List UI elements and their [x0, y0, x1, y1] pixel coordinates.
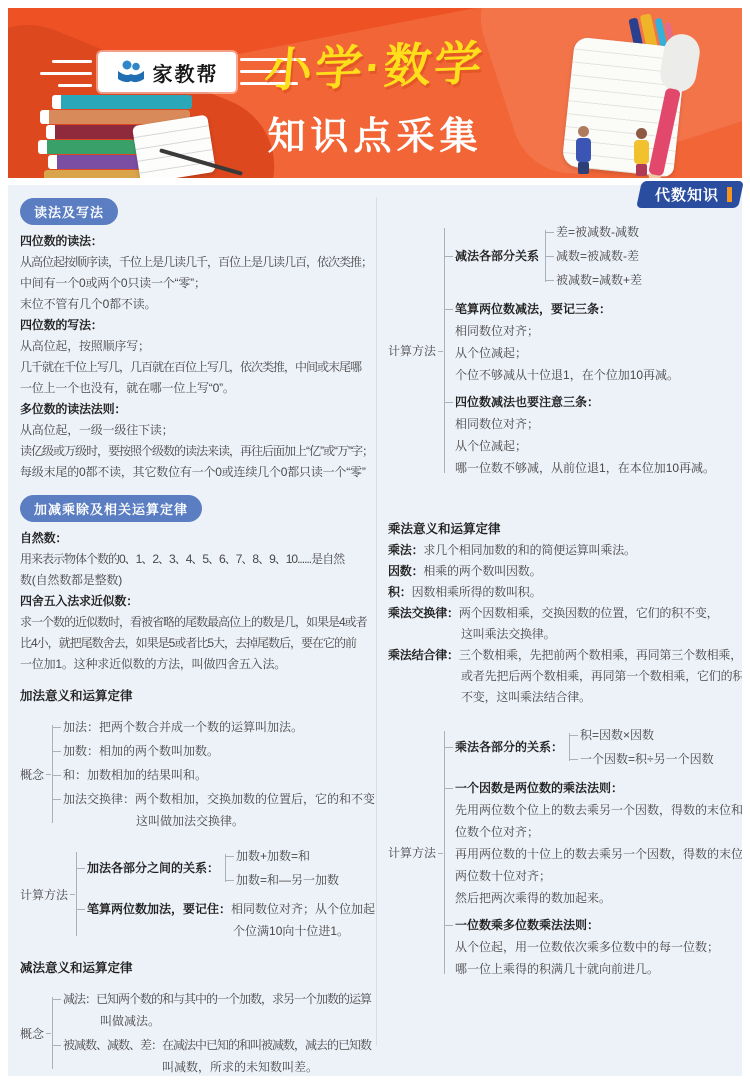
text-line: 从高位起，一级一级往下读；: [20, 420, 376, 441]
header-banner: 家教帮 小学·数学 知识点采集: [8, 8, 742, 178]
concept-tree-subtraction: 概念 减法：已知两个数的和与其中的一个加数，求另一个加数的运算 叫做减法。 被减…: [20, 986, 376, 1076]
reading-people-book-icon: [116, 59, 146, 85]
heading: 多位数的读法法则：: [20, 399, 376, 420]
text-line: 比4小，就把尾数舍去，如果是5或者比5大，去掉尾数后，要在它的前: [20, 633, 376, 654]
brand-name: 家教帮: [153, 58, 219, 87]
tree-label: 概念: [20, 766, 52, 783]
poster-title-secondary: 知识点采集: [266, 105, 485, 160]
student-figure: [574, 126, 592, 174]
poster-page: 家教帮 小学·数学 知识点采集: [0, 0, 750, 1086]
poster-title-block: 小学·数学 知识点采集: [266, 30, 485, 160]
book: [52, 95, 192, 109]
method-tree-multiplication: 计算方法 乘法各部分的关系： 积=因数×因数 一个因数=积÷另一个因数 一个因数…: [388, 720, 742, 985]
concept-tree-addition: 概念 加法：把两个数合并成一个数的运算叫加法。 加数：相加的两个数叫加数。 和：…: [20, 714, 376, 834]
tree-label: 计算方法: [388, 342, 444, 359]
text-line: 中间有一个0或两个0只读一个“零”；: [20, 273, 376, 294]
section-badge-operations: 加减乘除及相关运算定律: [20, 495, 202, 522]
tree-item: 被减数、减数、差：在减法中已知的和叫被减数，减去的已知数 叫减数，所求的未知数叫…: [63, 1034, 371, 1076]
definition-line: 因数：相乘的两个数叫因数。: [388, 561, 742, 582]
definition-continuation: 这叫乘法交换律。: [388, 624, 742, 645]
tree-item: 一个因数=积÷另一个因数: [580, 748, 714, 770]
definition-continuation: 不变，这叫乘法结合律。: [388, 687, 742, 708]
tree-label: 计算方法: [388, 844, 444, 861]
tree-item: 和：加数相加的结果叫和。: [63, 764, 376, 786]
heading: 四舍五入法求近似数：: [20, 591, 376, 612]
tree-label: 概念: [20, 1025, 52, 1042]
tree-item: 乘法各部分的关系： 积=因数×因数 一个因数=积÷另一个因数: [455, 722, 742, 772]
tree-item: 笔算两位数减法，要记三条： 相同数位对齐； 从个位减起； 个位不够减从十位退1，…: [455, 298, 715, 386]
right-column: 计算方法 减法各部分关系 差=被减数-减数 减数=被减数-差 被减数=减数+差 …: [376, 198, 742, 1076]
definition-line: 乘法：求几个相同加数的和的简便运算叫乘法。: [388, 540, 742, 561]
tree-item: 减数=被减数-差: [556, 245, 642, 267]
tree-item: 一个因数是两位数的乘法法则： 先用两位数个位上的数去乘另一个因数，得数的末位和两…: [455, 777, 742, 909]
speed-line: [58, 84, 92, 87]
speed-line: [40, 72, 92, 75]
tree-item: 加数：相加的两个数叫加数。: [63, 740, 376, 762]
text-line: 从高位起，按照顺序写；: [20, 336, 376, 357]
student-figure: [632, 128, 650, 176]
text-line: 读亿级或万级时，要按照个级数的读法来读，再往后面加上“亿”或“万”字；: [20, 441, 376, 462]
algebra-badge-accent: [727, 187, 732, 202]
tree-item: 减法各部分关系 差=被减数-减数 减数=被减数-差 被减数=减数+差: [455, 219, 715, 293]
definition-line: 积：因数相乘所得的数叫积。: [388, 582, 742, 603]
tree-item: 加法交换律：两个数相加，交换加数的位置后，它的和不变， 这叫做加法交换律。: [63, 788, 376, 832]
text-line: 求一个数的近似数时，看被省略的尾数最高位上的数是几，如果是4或者: [20, 612, 376, 633]
definition-line: 乘法交换律：两个因数相乘，交换因数的位置，它们的积不变，: [388, 603, 742, 624]
definition-continuation: 或者先把后两个数相乘，再同第一个数相乘，它们的积: [388, 666, 742, 687]
method-tree-addition: 计算方法 加法各部分之间的关系： 加数+加数=和 加数=和—另一加数 笔算两位数…: [20, 841, 376, 947]
content-area: 读法及写法 四位数的读法： 从高位起按顺序读，千位上是几读几千，百位上是几读几百…: [8, 185, 742, 1076]
heading: 四位数的写法：: [20, 315, 376, 336]
tree-item: 加数+加数=和: [236, 845, 339, 867]
text-line: 从高位起按顺序读，千位上是几读几千，百位上是几读几百，依次类推；: [20, 252, 376, 273]
algebra-badge: 代数知识: [636, 181, 744, 208]
text-line: 数(自然数都是整数): [20, 570, 376, 591]
poster-title-primary: 小学·数学: [262, 26, 487, 101]
subsection-heading-subtraction: 减法意义和运算定律: [20, 957, 376, 979]
algebra-badge-label: 代数知识: [655, 184, 719, 205]
column-divider: [376, 197, 377, 1046]
tree-item: 差=被减数-减数: [556, 221, 642, 243]
tree-item: 减法：已知两个数的和与其中的一个加数，求另一个加数的运算 叫做减法。: [63, 988, 371, 1032]
text-line: 每级末尾的0都不读，其它数位有一个0或连续几个0都只读一个“零”: [20, 462, 376, 483]
note-paper-illustration: [132, 114, 216, 178]
method-tree-subtraction: 计算方法 减法各部分关系 差=被减数-减数 减数=被减数-差 被减数=减数+差 …: [388, 217, 742, 484]
text-line: 一位加1。这种求近似数的方法，叫做四舍五入法。: [20, 654, 376, 675]
tree-item: 一位数乘多位数乘法法则： 从个位起，用一位数依次乘多位数中的每一位数； 哪一位上…: [455, 914, 742, 980]
tree-item: 加数=和—另一加数: [236, 869, 339, 891]
subsection-heading-multiplication: 乘法意义和运算定律: [388, 518, 742, 540]
text-line: 一位上一个也没有，就在哪一位上写“0”。: [20, 378, 376, 399]
heading: 四位数的读法：: [20, 231, 376, 252]
paper-scroll-illustration: [540, 22, 720, 178]
definition-line: 乘法结合律：三个数相乘，先把前两个数相乘，再同第三个数相乘，: [388, 645, 742, 666]
tree-item: 笔算两位数加法，要记住：相同数位对齐；从个位加起； 个位满10向十位进1。: [87, 898, 376, 942]
left-column: 读法及写法 四位数的读法： 从高位起按顺序读，千位上是几读几千，百位上是几读几百…: [8, 198, 376, 1076]
tree-item: 加法：把两个数合并成一个数的运算叫加法。: [63, 716, 376, 738]
text-line: 用来表示物体个数的0、1、2、3、4、5、6、7、8、9、10......是自然: [20, 549, 376, 570]
text-line: 几千就在千位上写几，几百就在百位上写几，依次类推，中间或末尾哪: [20, 357, 376, 378]
speed-line: [52, 60, 92, 63]
section-badge-reading-writing: 读法及写法: [20, 198, 118, 225]
heading: 自然数：: [20, 528, 376, 549]
text-line: 末位不管有几个0都不读。: [20, 294, 376, 315]
tree-label: 计算方法: [20, 886, 76, 903]
subsection-heading-addition: 加法意义和运算定律: [20, 685, 376, 707]
tree-item: 四位数减法也要注意三条： 相同数位对齐； 从个位减起； 哪一位数不够减，从前位退…: [455, 391, 715, 479]
tree-item: 加法各部分之间的关系： 加数+加数=和 加数=和—另一加数: [87, 843, 376, 893]
brand-logo: 家教帮: [98, 52, 236, 92]
tree-item: 被减数=减数+差: [556, 269, 642, 291]
tree-item: 积=因数×因数: [580, 724, 714, 746]
